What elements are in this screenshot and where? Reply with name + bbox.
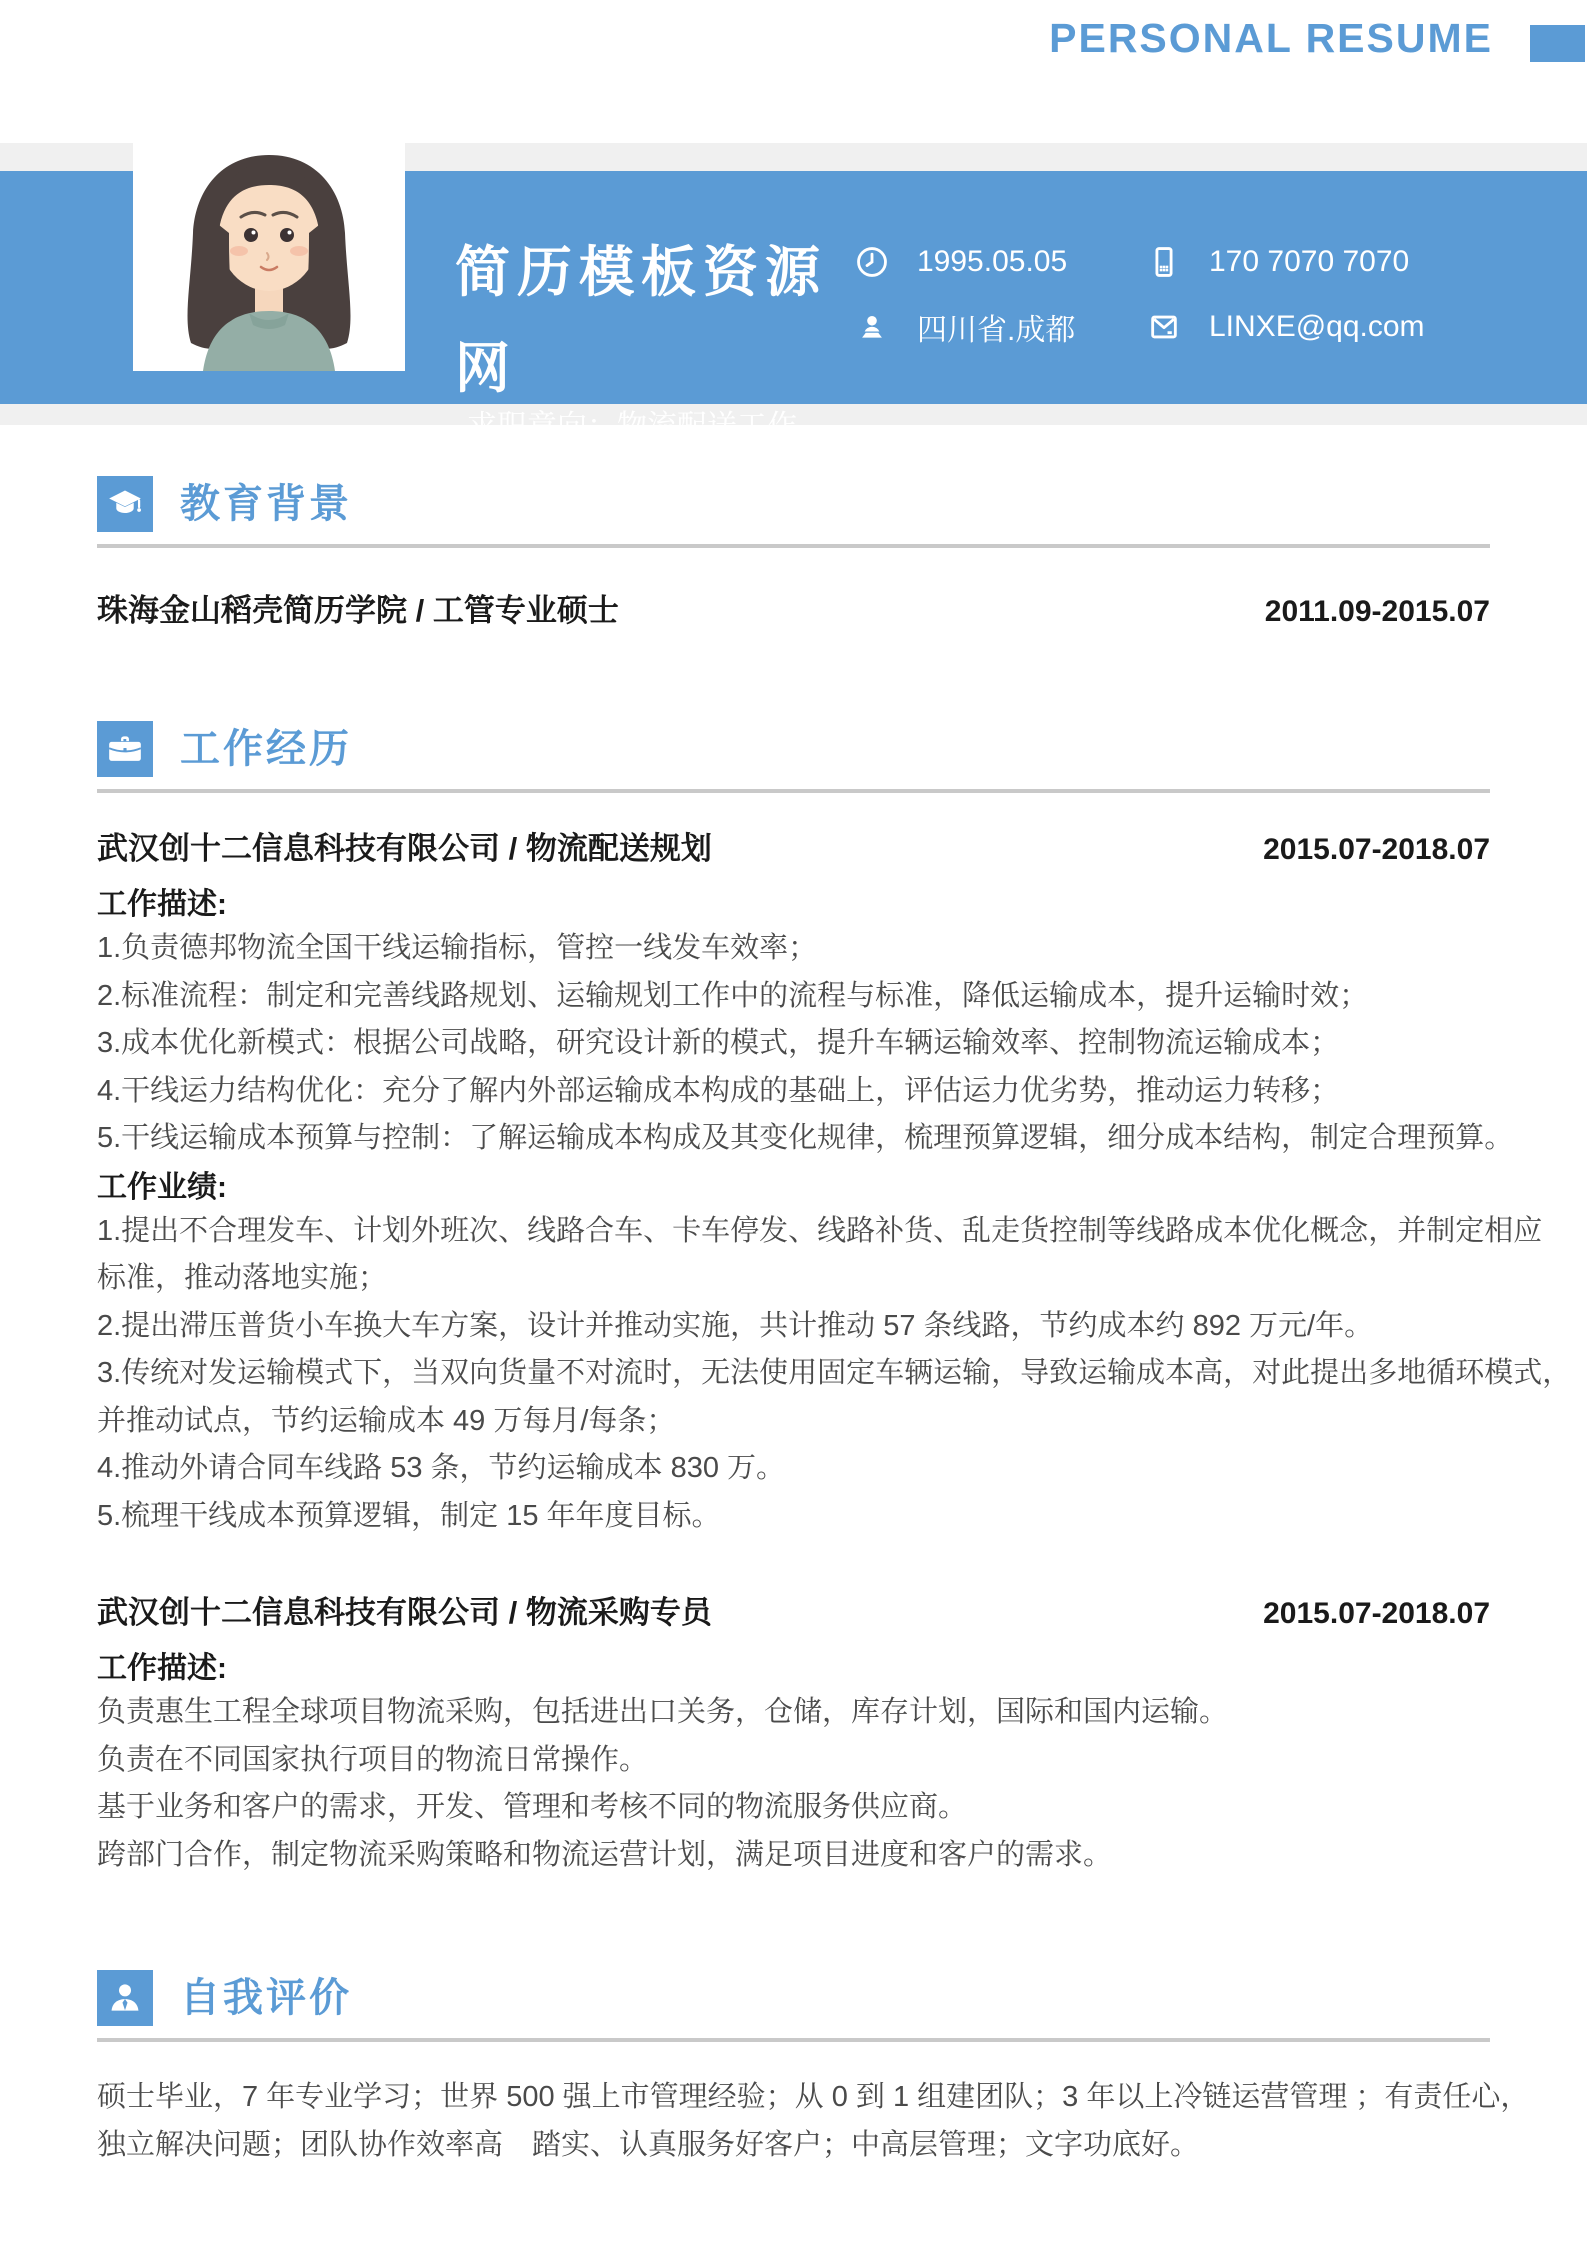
education-header: 教育背景 [97, 476, 1490, 532]
job1-achievements-label: 工作业绩: [97, 1168, 1490, 1208]
job1-desc-line: 1.负责德邦物流全国干线运输指标，管控一线发车效率； [97, 925, 1490, 973]
job2-desc-line: 负责在不同国家执行项目的物流日常操作。 [97, 1737, 1490, 1785]
self-evaluation-divider [97, 2038, 1490, 2042]
section-education: 教育背景 珠海金山稻壳简历学院 / 工管专业硕士 2011.09-2015.07 [97, 476, 1490, 630]
work-header: 工作经历 [97, 721, 1490, 777]
section-self-evaluation: 自我评价 硕士毕业，7 年专业学习；世界 500 强上市管理经验；从 0 到 1… [97, 1970, 1490, 2169]
job2-desc-lines: 负责惠生工程全球项目物流采购，包括进出口关务，仓储，库存计划，国际和国内运输。 … [97, 1689, 1490, 1879]
job1-title-row: 武汉创十二信息科技有限公司 / 物流配送规划 2015.07-2018.07 [97, 831, 1490, 868]
job1-desc-line: 3.成本优化新模式：根据公司战略，研究设计新的模式，提升车辆运输效率、控制物流运… [97, 1020, 1490, 1068]
contact-location: 四川省.成都 [853, 306, 1145, 348]
job2-desc-line: 负责惠生工程全球项目物流采购，包括进出口关务，仓储，库存计划，国际和国内运输。 [97, 1689, 1490, 1737]
contact-email: LINXE@qq.com [1145, 306, 1425, 348]
clock-icon [853, 243, 891, 281]
contact-location-value: 四川省.成都 [917, 305, 1075, 349]
resume-content: 教育背景 珠海金山稻壳简历学院 / 工管专业硕士 2011.09-2015.07… [0, 425, 1587, 2169]
education-entry: 珠海金山稻壳简历学院 / 工管专业硕士 2011.09-2015.07 [97, 593, 1490, 630]
contact-email-value: LINXE@qq.com [1209, 310, 1425, 344]
job1-desc-line: 4.干线运力结构优化：充分了解内外部运输成本构成的基础上，评估运力优劣势，推动运… [97, 1068, 1490, 1116]
education-title: 教育背景 [180, 476, 352, 532]
self-evaluation-title: 自我评价 [180, 1970, 352, 2026]
avatar-illustration [133, 133, 405, 371]
job1-desc-line: 5.干线运输成本预算与控制：了解运输成本构成及其变化规律，梳理预算逻辑，细分成本… [97, 1115, 1490, 1163]
contact-birthday-value: 1995.05.05 [917, 245, 1067, 279]
contact-info: 1995.05.05 170 7070 7070 四川省.成都 LINXE@qq… [853, 241, 1425, 348]
resume-page: PERSONAL RESUME 求职意向：物流配送工作 [0, 0, 1587, 2245]
contact-phone-value: 170 7070 7070 [1209, 245, 1409, 279]
work-divider [97, 789, 1490, 793]
job2-date: 2015.07-2018.07 [1263, 1596, 1490, 1632]
job1-date: 2015.07-2018.07 [1263, 832, 1490, 868]
email-icon [1145, 308, 1183, 346]
job2-desc-line: 跨部门合作，制定物流采购策略和物流运营计划，满足项目进度和客户的需求。 [97, 1832, 1490, 1880]
person-icon [97, 1970, 153, 2026]
location-icon [853, 308, 891, 346]
phone-icon [1145, 243, 1183, 281]
job1-desc-line: 2.标准流程：制定和完善线路规划、运输规划工作中的流程与标准，降低运输成本，提升… [97, 973, 1490, 1021]
education-date: 2011.09-2015.07 [1265, 594, 1490, 630]
job1-desc-label: 工作描述: [97, 885, 1490, 925]
job1-achievement-line: 2.提出滞压普货小车换大车方案，设计并推动实施，共计推动 57 条线路，节约成本… [97, 1303, 1490, 1351]
self-evaluation-line: 硕士毕业，7 年专业学习；世界 500 强上市管理经验；从 0 到 1 组建团队… [97, 2074, 1490, 2122]
briefcase-icon [97, 721, 153, 777]
graduation-cap-icon [97, 476, 153, 532]
top-right-accent-square [1530, 25, 1585, 62]
job1-achievement-line: 标准，推动落地实施； [97, 1255, 1490, 1303]
job1-achievement-line: 5.梳理干线成本预算逻辑，制定 15 年年度目标。 [97, 1493, 1490, 1541]
candidate-name: 简历模板资源网 [455, 224, 851, 416]
education-divider [97, 544, 1490, 548]
job1-achievement-line: 3.传统对发运输模式下，当双向货量不对流时，无法使用固定车辆运输，导致运输成本高… [97, 1350, 1490, 1398]
self-evaluation-line: 独立解决问题；团队协作效率高 踏实、认真服务好客户；中高层管理；文字功底好。 [97, 2122, 1490, 2170]
job2-title-row: 武汉创十二信息科技有限公司 / 物流采购专员 2015.07-2018.07 [97, 1595, 1490, 1632]
job1-achievement-line: 并推动试点，节约运输成本 49 万每月/每条； [97, 1398, 1490, 1446]
contact-birthday: 1995.05.05 [853, 241, 1145, 283]
job1-achievement-line: 4.推动外请合同车线路 53 条，节约运输成本 830 万。 [97, 1445, 1490, 1493]
job2-desc-label: 工作描述: [97, 1649, 1490, 1689]
job1-company-role: 武汉创十二信息科技有限公司 / 物流配送规划 [97, 831, 712, 867]
job-entry-2: 武汉创十二信息科技有限公司 / 物流采购专员 2015.07-2018.07 工… [97, 1595, 1490, 1879]
self-evaluation-header: 自我评价 [97, 1970, 1490, 2026]
job1-desc-lines: 1.负责德邦物流全国干线运输指标，管控一线发车效率； 2.标准流程：制定和完善线… [97, 925, 1490, 1163]
work-title: 工作经历 [180, 721, 352, 777]
job2-desc-line: 基于业务和客户的需求，开发、管理和考核不同的物流服务供应商。 [97, 1784, 1490, 1832]
self-evaluation-lines: 硕士毕业，7 年专业学习；世界 500 强上市管理经验；从 0 到 1 组建团队… [97, 2074, 1490, 2169]
personal-resume-label: PERSONAL RESUME [1049, 14, 1493, 62]
education-school: 珠海金山稻壳简历学院 / 工管专业硕士 [97, 593, 619, 629]
job2-company-role: 武汉创十二信息科技有限公司 / 物流采购专员 [97, 1595, 712, 1631]
job1-achievement-line: 1.提出不合理发车、计划外班次、线路合车、卡车停发、线路补货、乱走货控制等线路成… [97, 1208, 1490, 1256]
section-work: 工作经历 武汉创十二信息科技有限公司 / 物流配送规划 2015.07-2018… [97, 721, 1490, 1879]
job-entry-1: 武汉创十二信息科技有限公司 / 物流配送规划 2015.07-2018.07 工… [97, 831, 1490, 1540]
job1-achievement-lines: 1.提出不合理发车、计划外班次、线路合车、卡车停发、线路补货、乱走货控制等线路成… [97, 1208, 1490, 1541]
avatar [133, 133, 405, 371]
contact-phone: 170 7070 7070 [1145, 241, 1425, 283]
